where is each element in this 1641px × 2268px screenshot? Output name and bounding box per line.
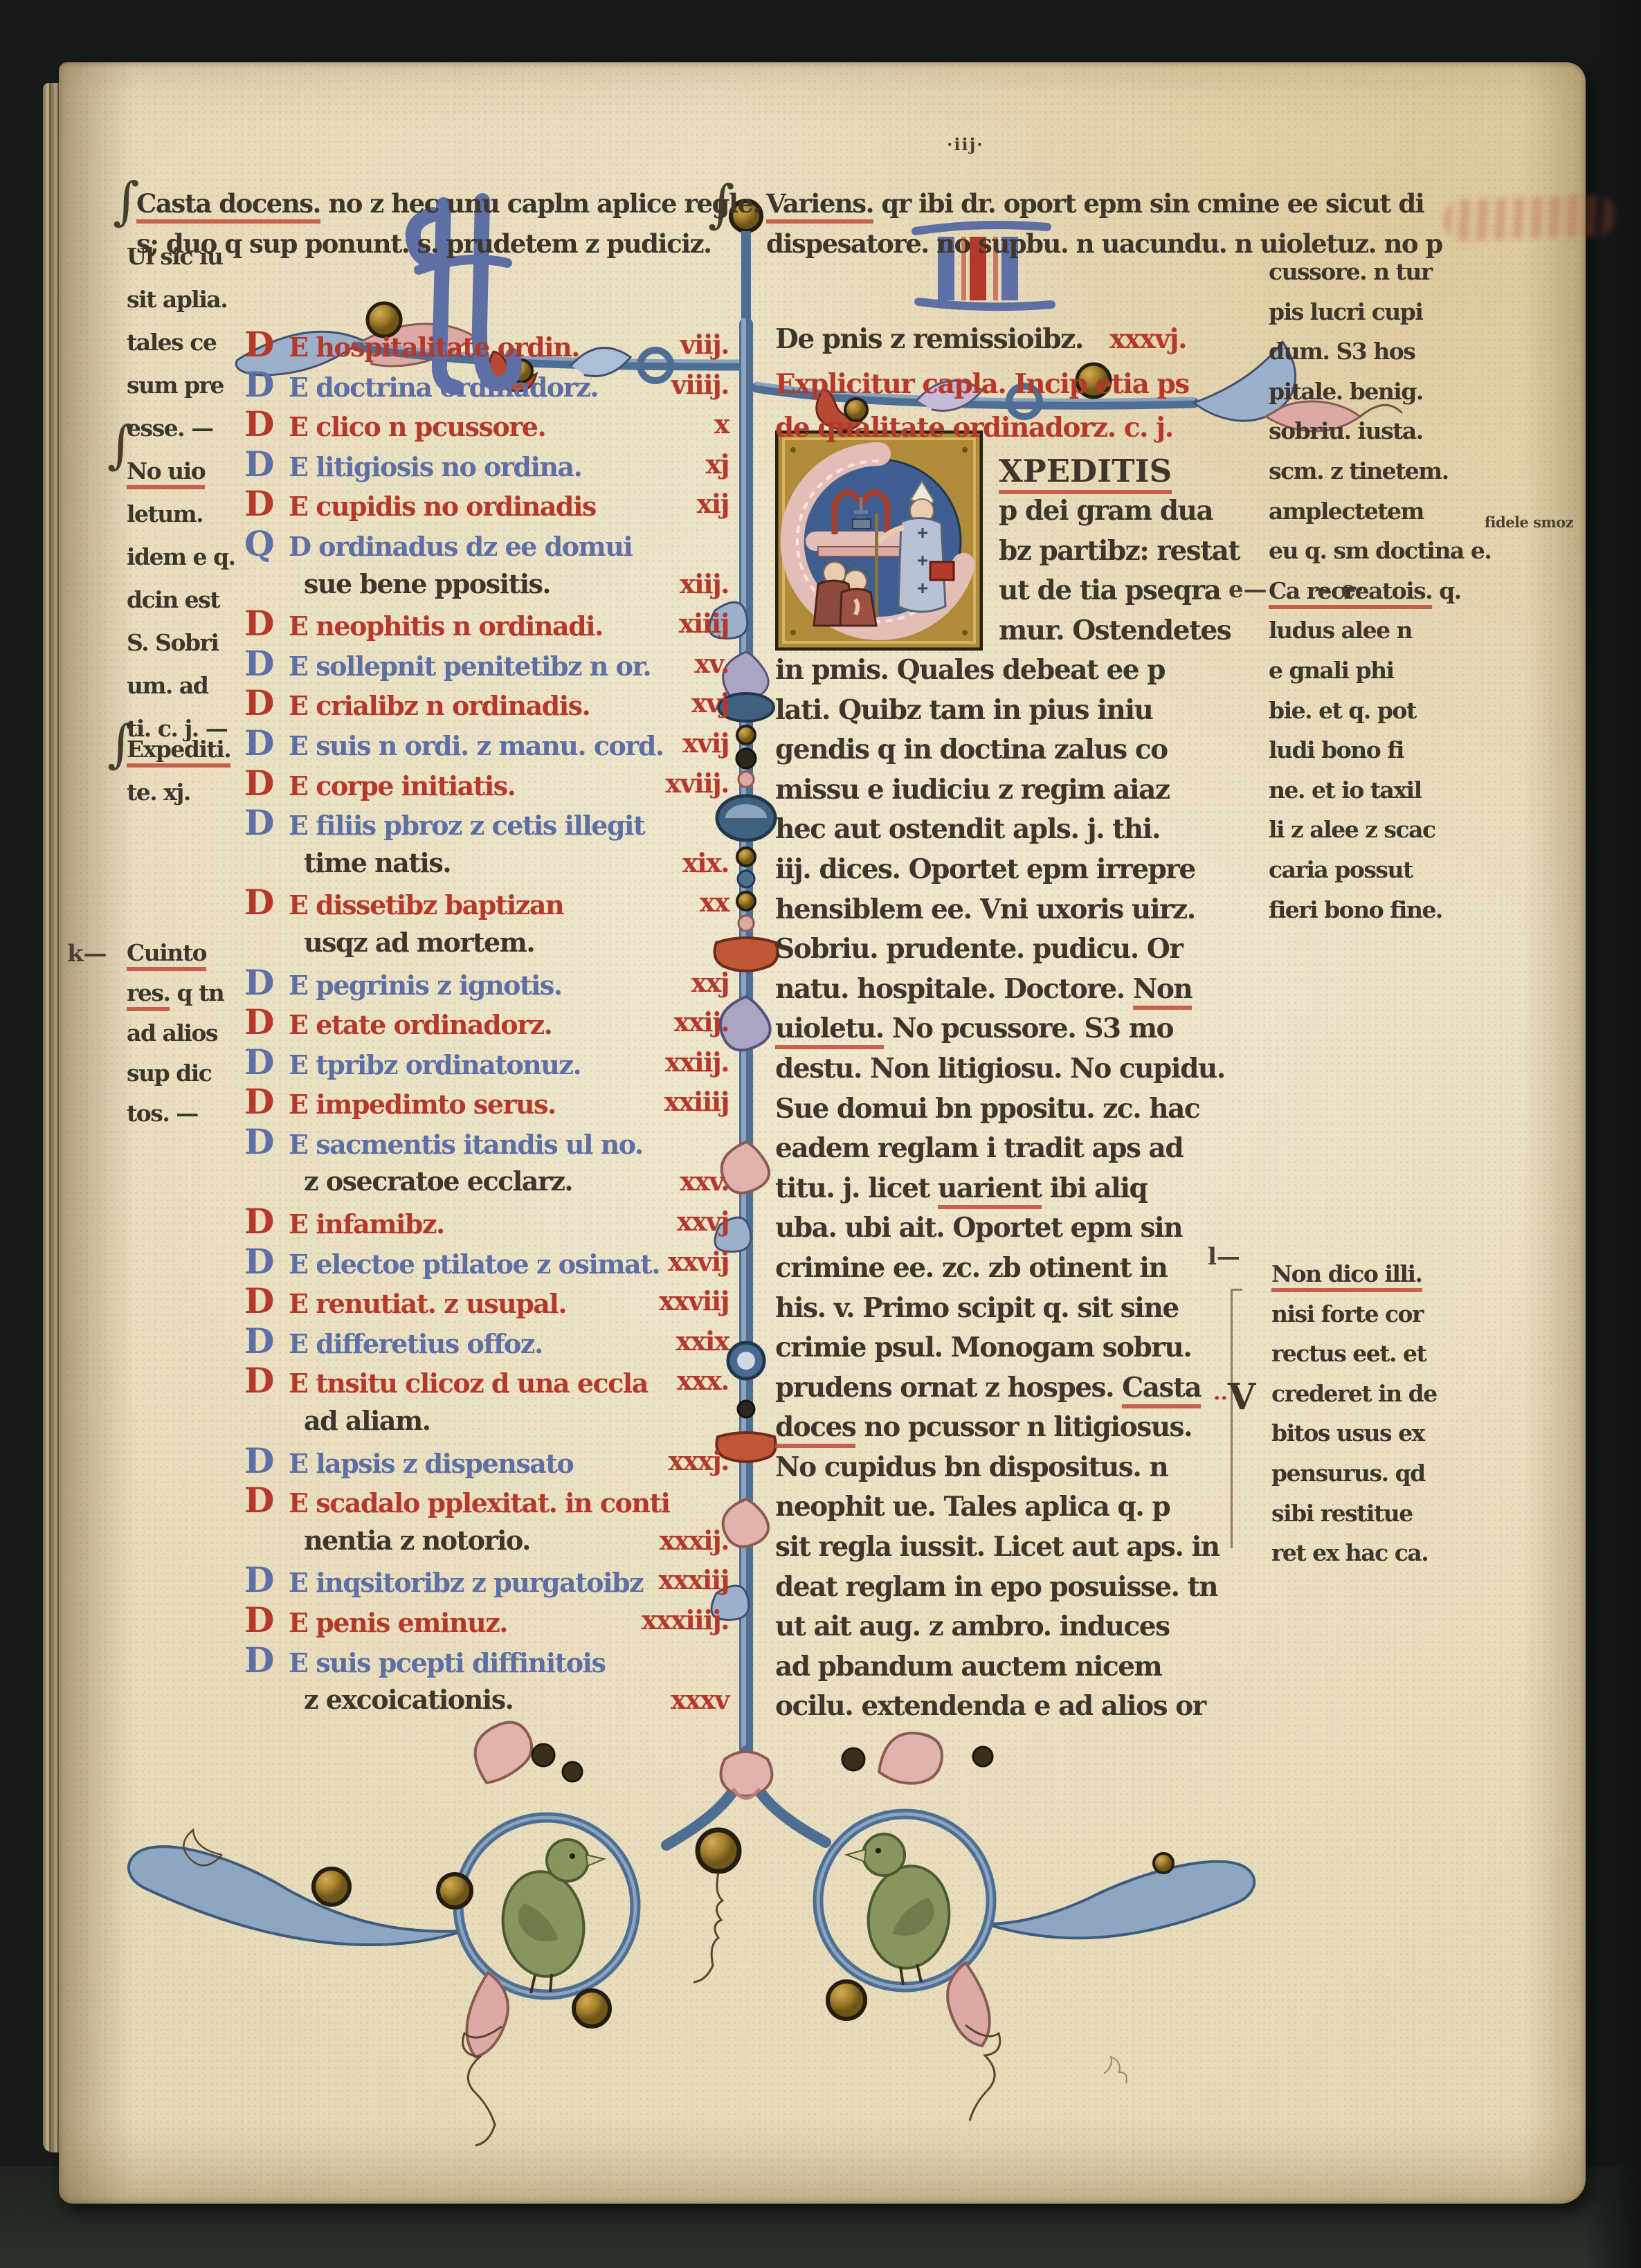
rc-line1-number: xxxvj.: [1109, 323, 1186, 355]
margin-line: sit aplia.: [127, 278, 286, 321]
bird-roundel-left: [129, 1723, 635, 2057]
chapter-number: xvj: [691, 683, 729, 723]
chapter-number: xxix: [676, 1321, 729, 1361]
body-line: in pmis. Quales debeat ee p: [775, 651, 1308, 691]
body-line: ad pbandum auctem nicem: [775, 1647, 1308, 1687]
chapter-number: xviij.: [665, 763, 729, 804]
chapter-number: xxvj: [677, 1201, 729, 1242]
chapter-title: E dissetibz baptizan: [289, 889, 563, 920]
rubric-line: Explicitur capla. Incip etia ps: [775, 363, 1301, 406]
margin-line: Ca recreatois. q.: [1269, 571, 1566, 611]
body-line: gendis q in doctina zalus co: [775, 730, 1308, 770]
chapter-row: DE infamibz. xxvj: [244, 1201, 729, 1242]
chapter-title: E scadalo pplexitat. in conti: [289, 1487, 669, 1518]
rubric-line: de qualitate ordinadorz. c. j.: [775, 406, 1301, 450]
body-line: natu. hospitale. Doctore. Non: [775, 970, 1308, 1010]
chapter-number: xxiiij: [664, 1082, 729, 1122]
margin-line: scm. z tinetem.: [1269, 451, 1566, 491]
body-line: ocilu. extendenda e ad alios or: [775, 1687, 1308, 1727]
chapter-number: xv.: [694, 644, 729, 684]
body-line: eadem reglam i tradit aps ad: [775, 1129, 1308, 1169]
chapter-title: D ordinadus dz ee domui: [289, 531, 632, 562]
margin-line: bie. et q. pot: [1269, 691, 1566, 731]
chapter-title: E corpe initiatis.: [289, 770, 515, 801]
chapter-initial: Q: [244, 524, 289, 564]
chapter-initial: D: [244, 1201, 289, 1242]
chapter-title: nentia z notorio.: [304, 1525, 530, 1556]
green-bird-right: [846, 1834, 956, 1985]
margin-line: e gnali phi: [1269, 651, 1566, 691]
chapter-row: z osecratoe ecclarz. xxv.: [244, 1161, 729, 1201]
chapter-initial: D: [244, 683, 289, 723]
margin-line: sibi restitue: [1271, 1494, 1569, 1534]
chapter-title: E suis n ordi. z manu. cord.: [289, 730, 664, 761]
body-line: his. v. Primo scipit q. sit sine: [775, 1289, 1308, 1329]
chapter-title: time natis.: [304, 847, 451, 878]
chapter-initial: D: [244, 1242, 289, 1282]
margin-line: pis lucri cupi: [1269, 292, 1566, 332]
chapter-number: xxiij.: [665, 1042, 729, 1082]
chapter-title: E clico n pcussore.: [289, 411, 545, 442]
chapter-title: E differetius offoz.: [289, 1328, 543, 1359]
chapter-row: DE crialibz n ordinadis. xvj: [244, 683, 729, 723]
chapter-row: QD ordinadus dz ee domui: [244, 524, 729, 564]
chapter-number: xij: [697, 484, 729, 524]
chapter-number: xx: [700, 882, 729, 923]
chapter-initial: D: [244, 1441, 289, 1481]
body-line: Sue domui bn ppositu. zc. hac: [775, 1089, 1308, 1130]
chapter-number: xxxiij: [658, 1560, 729, 1600]
faded-red-inscription: [1442, 194, 1617, 242]
body-line: sit regla iussit. Licet aut aps. in: [775, 1527, 1308, 1568]
chapter-row: DE suis n ordi. z manu. cord. xvij: [244, 723, 729, 763]
chapter-number: xxxij.: [660, 1521, 729, 1561]
chapter-row: z excoicationis. xxxv: [244, 1680, 729, 1720]
chapter-number: xxxv: [671, 1680, 729, 1720]
chapter-initial: D: [244, 1640, 289, 1680]
chapter-row: DE filiis pbroz z cetis illegit: [244, 803, 729, 843]
chapter-title: ad aliam.: [304, 1405, 430, 1436]
chapter-number: viiij.: [671, 365, 729, 405]
chapter-row: DE corpe initiatis. xviij.: [244, 763, 729, 804]
chapter-initial: D: [244, 1042, 289, 1082]
chapter-initial: D: [244, 1560, 289, 1600]
chapter-number: xxxiiij.: [642, 1600, 729, 1640]
body-line: No cupidus bn dispositus. n: [775, 1448, 1308, 1488]
chapter-row: DE litigiosis no ordina. xj: [244, 444, 729, 484]
chapter-initial: D: [244, 882, 289, 923]
margin-line: eu q. sm doctina e.: [1269, 531, 1566, 571]
chapter-initial: D: [244, 963, 289, 1003]
section-paraph-icon: ∫: [113, 179, 140, 225]
margin-line: pitale. benig.: [1269, 372, 1566, 412]
header-line: Variens. qr ibi dr. oport epm sin cmine …: [766, 184, 1458, 224]
paragraph-v-mark: ··V: [1213, 1376, 1255, 1418]
chapter-number: xxx.: [677, 1361, 729, 1401]
chapter-row: DE electoe ptilatoe z osimat. xxvij: [244, 1242, 729, 1282]
chapter-title: E doctrina ordinadorz.: [289, 372, 598, 403]
margin-line: ludi bono fi: [1269, 730, 1566, 770]
chapter-title: E pegrinis z ignotis.: [289, 970, 562, 1001]
margin-line: caria possut: [1269, 850, 1566, 890]
chapter-row: DE penis eminuz. xxxiiij.: [244, 1600, 729, 1640]
chapter-title: usqz ad mortem.: [304, 927, 534, 958]
chapter-number: xj: [706, 444, 729, 484]
chapter-row: DE dissetibz baptizan xx: [244, 882, 729, 923]
body-line: bz partibz: restat: [999, 532, 1303, 572]
chapter-row: DE renutiat. z usupal. xxviij: [244, 1281, 729, 1321]
right-margin-lower: Non dico illi.nisi forte correctus eet. …: [1271, 1254, 1569, 1573]
margin-bracket-line: [1231, 1289, 1242, 1548]
rc-beside-initial: p dei gram duabz partibz: restatut de ti…: [999, 491, 1303, 651]
chapter-initial: D: [244, 325, 289, 365]
gold-bezants: [314, 1830, 1173, 2026]
margin-line: ludus alee n: [1269, 610, 1566, 651]
chapter-row: DE pegrinis z ignotis. xxj: [244, 963, 729, 1003]
body-line: deat reglam in epo posuisse. tn: [775, 1568, 1308, 1608]
chapter-title: z osecratoe ecclarz.: [304, 1165, 572, 1197]
chapter-title: E impedimto serus.: [289, 1089, 556, 1120]
chapter-initial: D: [244, 1002, 289, 1042]
margin-tie-mark: k—: [67, 940, 107, 968]
margin-line: ret ex hac ca.: [1271, 1533, 1569, 1573]
chapter-initial: D: [244, 1480, 289, 1521]
chapter-title: E hospitalitate ordin.: [289, 332, 579, 363]
chapter-initial: D: [244, 1361, 289, 1401]
interlinear-addition: fidele smoz: [1485, 514, 1573, 531]
margin-line: nisi forte cor: [1271, 1294, 1569, 1334]
body-line: hensiblem ee. Vni uxoris uirz.: [775, 890, 1308, 930]
chapter-title: E lapsis z dispensato: [289, 1448, 573, 1479]
body-line: crimie psul. Monogam sobru.: [775, 1328, 1308, 1368]
margin-line: Ul sic iu: [127, 235, 286, 278]
green-bird-left: [496, 1840, 604, 1993]
body-line: lati. Quibz tam in pius iniu: [775, 691, 1308, 731]
chapter-number: xxvij: [668, 1242, 729, 1282]
margin-line: dum. S3 hos: [1269, 332, 1566, 372]
margin-line: ne. et io taxil: [1269, 770, 1566, 810]
page-top-mark: ·iij·: [947, 134, 984, 154]
rubric: Explicitur capla. Incip etia psde qualit…: [775, 363, 1301, 450]
chapter-row: DE lapsis z dispensato xxxj.: [244, 1441, 729, 1481]
body-line: destu. Non litigiosu. No cupidu.: [775, 1049, 1308, 1089]
margin-line: Non dico illi.: [1271, 1254, 1569, 1294]
chapter-title: E crialibz n ordinadis.: [289, 690, 590, 721]
chapter-initial: D: [244, 604, 289, 644]
chapter-number: xvij: [682, 723, 729, 763]
chapter-row: DE suis pcepti diffinitois: [244, 1640, 729, 1680]
chapter-row: DE sacmentis itandis ul no.: [244, 1122, 729, 1162]
chapter-title: E suis pcepti diffinitois: [289, 1647, 605, 1678]
background-shadow-right: [1586, 0, 1641, 2268]
chapter-title: E penis eminuz.: [289, 1607, 507, 1638]
chapter-row: DE tnsitu clicoz d una eccla xxx.: [244, 1361, 729, 1401]
chapter-title: E etate ordinadorz.: [289, 1009, 552, 1040]
chapter-initial: D: [244, 723, 289, 763]
chapter-number: xxij.: [674, 1002, 729, 1042]
chapter-title: E renutiat. z usupal.: [289, 1288, 566, 1319]
chapter-title: E sollepnit penitetibz n or.: [289, 651, 651, 682]
body-line: uioletu. No pcussore. S3 mo: [775, 1009, 1308, 1049]
chapter-row: DE differetius offoz. xxix: [244, 1321, 729, 1361]
chapter-number: xiiij: [679, 604, 729, 644]
header-line: Casta docens. no z hec unu caplm aplice …: [136, 184, 763, 224]
chapter-title: E filiis pbroz z cetis illegit: [289, 810, 644, 841]
chapter-row: DE hospitalitate ordin. viij.: [244, 325, 729, 365]
chapter-initial: D: [244, 1281, 289, 1321]
chapter-row: nentia z notorio. xxxij.: [244, 1521, 729, 1561]
historiated-initial-E: [775, 430, 983, 651]
margin-tie-mark: l—: [1208, 1243, 1240, 1271]
body-line: ut ait aug. z ambro. induces: [775, 1607, 1308, 1647]
chapter-number: xiij.: [680, 564, 729, 604]
chapter-title: E neophitis n ordinadi.: [289, 610, 603, 642]
chapter-title: E electoe ptilatoe z osimat.: [289, 1249, 660, 1280]
chapter-list: DE hospitalitate ordin. viij. DE doctrin…: [244, 325, 729, 1720]
margin-line: li z alee z scac: [1269, 810, 1566, 850]
chapter-row: DE clico n pcussore. x: [244, 404, 729, 444]
chapter-initial: D: [244, 404, 289, 444]
chapter-number: viij.: [680, 325, 729, 365]
chapter-number: xix.: [682, 843, 729, 883]
chapter-number: xxv.: [680, 1161, 729, 1201]
chapter-title: z excoicationis.: [304, 1684, 513, 1715]
chapter-row: time natis. xix.: [244, 843, 729, 883]
body-line: mur. Ostendetes: [999, 611, 1303, 651]
margin-line: crederet in de: [1271, 1374, 1569, 1414]
body-line: titu. j. licet uarient ibi aliq: [775, 1169, 1308, 1209]
rc-line1: De pnis z remissioibz. xxxvj.: [775, 320, 1301, 360]
manuscript-page: ·iij· ∫ ∫ ∫ ∫ Casta docens. no z hec unu…: [59, 62, 1586, 2204]
right-margin-upper: cussore. n turpis lucri cupidum. S3 hosp…: [1269, 252, 1566, 929]
chapter-row: DE cupidis no ordinadis xij: [244, 484, 729, 524]
margin-tie-mark: e—: [1229, 576, 1267, 604]
margin-line: fieri bono fine.: [1269, 890, 1566, 930]
chapter-initial: D: [244, 365, 289, 405]
body-line: Sobriu. prudente. pudicu. Or: [775, 929, 1308, 970]
chapter-row: DE neophitis n ordinadi. xiiij: [244, 604, 729, 644]
chapter-initial: D: [244, 1122, 289, 1162]
chapter-row: DE etate ordinadorz. xxij.: [244, 1002, 729, 1042]
chapter-title: E inqsitoribz z purgatoibz: [289, 1567, 643, 1598]
chapter-initial: D: [244, 1600, 289, 1640]
chapter-row: DE inqsitoribz z purgatoibz xxxiij: [244, 1560, 729, 1600]
chapter-number: xxxj.: [669, 1441, 729, 1481]
chapter-title: E sacmentis itandis ul no.: [289, 1129, 643, 1160]
chapter-number: x: [714, 404, 729, 444]
body-line: neophit ue. Tales aplica q. p: [775, 1487, 1308, 1527]
chapter-title: E cupidis no ordinadis: [289, 491, 596, 522]
chapter-initial: D: [244, 803, 289, 843]
chapter-title: E tnsitu clicoz d una eccla: [289, 1368, 648, 1399]
margin-line: cussore. n tur: [1269, 252, 1566, 292]
chapter-initial: D: [244, 644, 289, 684]
chapter-row: sue bene ppositis. xiij.: [244, 564, 729, 604]
chapter-row: DE tpribz ordinatonuz. xxiij.: [244, 1042, 729, 1082]
chapter-title: E litigiosis no ordina.: [289, 451, 581, 482]
bird-roundel-right: [818, 1733, 1254, 2046]
chapter-initial: D: [244, 1321, 289, 1361]
manuscript-photo: { "colors":{"rubric_red":"#b5392b","init…: [0, 0, 1641, 2268]
chapter-title: E tpribz ordinatonuz.: [289, 1049, 581, 1080]
chapter-row: usqz ad mortem.: [244, 923, 729, 963]
incipit-word: XPEDITIS: [999, 453, 1172, 489]
chapter-title: E infamibz.: [289, 1208, 444, 1240]
margin-line: sobriu. iusta.: [1269, 411, 1566, 451]
body-line: missu e iudiciu z regim aiaz: [775, 770, 1308, 810]
chapter-initial: D: [244, 484, 289, 524]
body-line: p dei gram dua: [999, 491, 1303, 532]
body-line: hec aut ostendit apls. j. thi.: [775, 810, 1308, 850]
pen-flourishes: [183, 1830, 1126, 2145]
chapter-number: xxviij: [659, 1281, 729, 1321]
margin-line: pensurus. qd: [1271, 1453, 1569, 1494]
chapter-initial: D: [244, 763, 289, 804]
chapter-row: DE impedimto serus. xxiiij: [244, 1082, 729, 1122]
chapter-row: DE doctrina ordinadorz. viiij.: [244, 365, 729, 405]
margin-line: bitos usus ex: [1271, 1413, 1569, 1453]
chapter-initial: D: [244, 1082, 289, 1122]
rc-line1-text: De pnis z remissioibz.: [775, 323, 1083, 355]
body-line: iij. dices. Oportet epm irrepre: [775, 850, 1308, 890]
chapter-row: ad aliam.: [244, 1401, 729, 1441]
margin-line: rectus eet. et: [1271, 1334, 1569, 1374]
chapter-initial: D: [244, 444, 289, 484]
chapter-number: xxj: [691, 963, 729, 1003]
chapter-row: DE scadalo pplexitat. in conti: [244, 1480, 729, 1521]
chapter-title: sue bene ppositis.: [304, 568, 550, 599]
rc-body: in pmis. Quales debeat ee plati. Quibz t…: [775, 651, 1308, 1727]
chapter-row: DE sollepnit penitetibz n or. xv.: [244, 644, 729, 684]
